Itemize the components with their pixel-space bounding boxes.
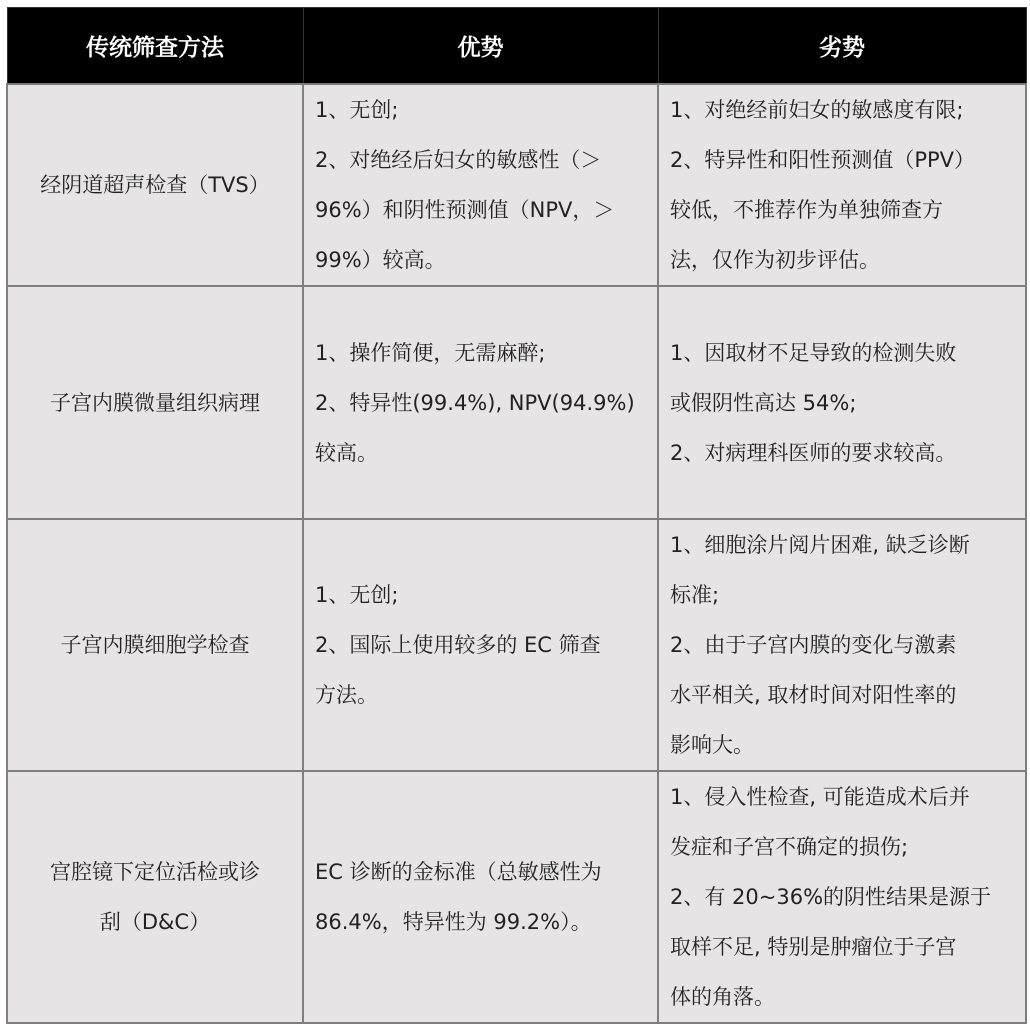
cell-text: 刮（D&C）: [24, 897, 286, 947]
cell-text: 96%）和阴性预测值（NPV，＞: [315, 185, 647, 235]
cell-text: 2、有 20~36%的阴性结果是源于: [670, 872, 1015, 922]
screening-methods-table: 传统筛查方法 优势 劣势 经阴道超声检查（TVS） 1、无创; 2、对绝经后妇女…: [6, 7, 1027, 1024]
disadvantages-cell: 1、侵入性检查, 可能造成术后并 发症和子宫不确定的损伤; 2、有 20~36%…: [658, 771, 1026, 1023]
method-cell: 子宫内膜微量组织病理: [7, 286, 303, 519]
cell-text: 方法。: [315, 670, 647, 720]
method-cell: 宫腔镜下定位活检或诊 刮（D&C）: [7, 771, 303, 1023]
cell-text: 经阴道超声检查（TVS）: [24, 160, 286, 210]
cell-text: 取样不足, 特别是肿瘤位于子宫: [670, 922, 1015, 972]
cell-text: 2、特异性和阳性预测值（PPV）: [670, 135, 1015, 185]
cell-text: 子宫内膜细胞学检查: [24, 620, 286, 670]
header-advantages: 优势: [303, 8, 658, 85]
cell-text: 1、无创;: [315, 570, 647, 620]
disadvantages-cell: 1、细胞涂片阅片困难, 缺乏诊断 标准; 2、由于子宫内膜的变化与激素 水平相关…: [658, 519, 1026, 771]
table-row: 子宫内膜微量组织病理 1、操作简便，无需麻醉; 2、特异性(99.4%), NP…: [7, 286, 1026, 519]
cell-text: 1、对绝经前妇女的敏感度有限;: [670, 85, 1015, 135]
table-row: 宫腔镜下定位活检或诊 刮（D&C） EC 诊断的金标准（总敏感性为 86.4%，…: [7, 771, 1026, 1023]
advantages-cell: 1、无创; 2、对绝经后妇女的敏感性（＞ 96%）和阴性预测值（NPV，＞ 99…: [303, 84, 658, 286]
table-row: 经阴道超声检查（TVS） 1、无创; 2、对绝经后妇女的敏感性（＞ 96%）和阴…: [7, 84, 1026, 286]
table-row: 子宫内膜细胞学检查 1、无创; 2、国际上使用较多的 EC 筛查 方法。 1、细…: [7, 519, 1026, 771]
cell-text: 1、因取材不足导致的检测失败: [670, 328, 1015, 378]
cell-text: 2、对绝经后妇女的敏感性（＞: [315, 135, 647, 185]
cell-text: 2、国际上使用较多的 EC 筛查: [315, 620, 647, 670]
cell-text: 1、无创;: [315, 85, 647, 135]
disadvantages-cell: 1、对绝经前妇女的敏感度有限; 2、特异性和阳性预测值（PPV） 较低，不推荐作…: [658, 84, 1026, 286]
cell-text: 2、特异性(99.4%), NPV(94.9%): [315, 378, 647, 428]
header-disadvantages: 劣势: [658, 8, 1026, 85]
cell-text: 1、细胞涂片阅片困难, 缺乏诊断: [670, 520, 1015, 570]
cell-text: 标准;: [670, 570, 1015, 620]
advantages-cell: 1、操作简便，无需麻醉; 2、特异性(99.4%), NPV(94.9%) 较高…: [303, 286, 658, 519]
disadvantages-cell: 1、因取材不足导致的检测失败 或假阴性高达 54%; 2、对病理科医师的要求较高…: [658, 286, 1026, 519]
cell-text: 水平相关, 取材时间对阳性率的: [670, 670, 1015, 720]
cell-text: 99%）较高。: [315, 235, 647, 285]
cell-text: 或假阴性高达 54%;: [670, 378, 1015, 428]
cell-text: 发症和子宫不确定的损伤;: [670, 822, 1015, 872]
method-cell: 子宫内膜细胞学检查: [7, 519, 303, 771]
advantages-cell: 1、无创; 2、国际上使用较多的 EC 筛查 方法。: [303, 519, 658, 771]
cell-text: 较低，不推荐作为单独筛查方: [670, 185, 1015, 235]
header-row: 传统筛查方法 优势 劣势: [7, 8, 1026, 85]
cell-text: 2、由于子宫内膜的变化与激素: [670, 620, 1015, 670]
cell-text: 2、对病理科医师的要求较高。: [670, 428, 1015, 478]
method-cell: 经阴道超声检查（TVS）: [7, 84, 303, 286]
cell-text: 86.4%，特异性为 99.2%）。: [315, 897, 647, 947]
cell-text: 1、侵入性检查, 可能造成术后并: [670, 772, 1015, 822]
cell-text: 较高。: [315, 428, 647, 478]
cell-text: 法，仅作为初步评估。: [670, 235, 1015, 285]
cell-text: 子宫内膜微量组织病理: [24, 378, 286, 428]
header-method: 传统筛查方法: [7, 8, 303, 85]
cell-text: 1、操作简便，无需麻醉;: [315, 328, 647, 378]
cell-text: 宫腔镜下定位活检或诊: [24, 847, 286, 897]
cell-text: 影响大。: [670, 720, 1015, 770]
cell-text: 体的角落。: [670, 972, 1015, 1022]
cell-text: EC 诊断的金标准（总敏感性为: [315, 847, 647, 897]
advantages-cell: EC 诊断的金标准（总敏感性为 86.4%，特异性为 99.2%）。: [303, 771, 658, 1023]
